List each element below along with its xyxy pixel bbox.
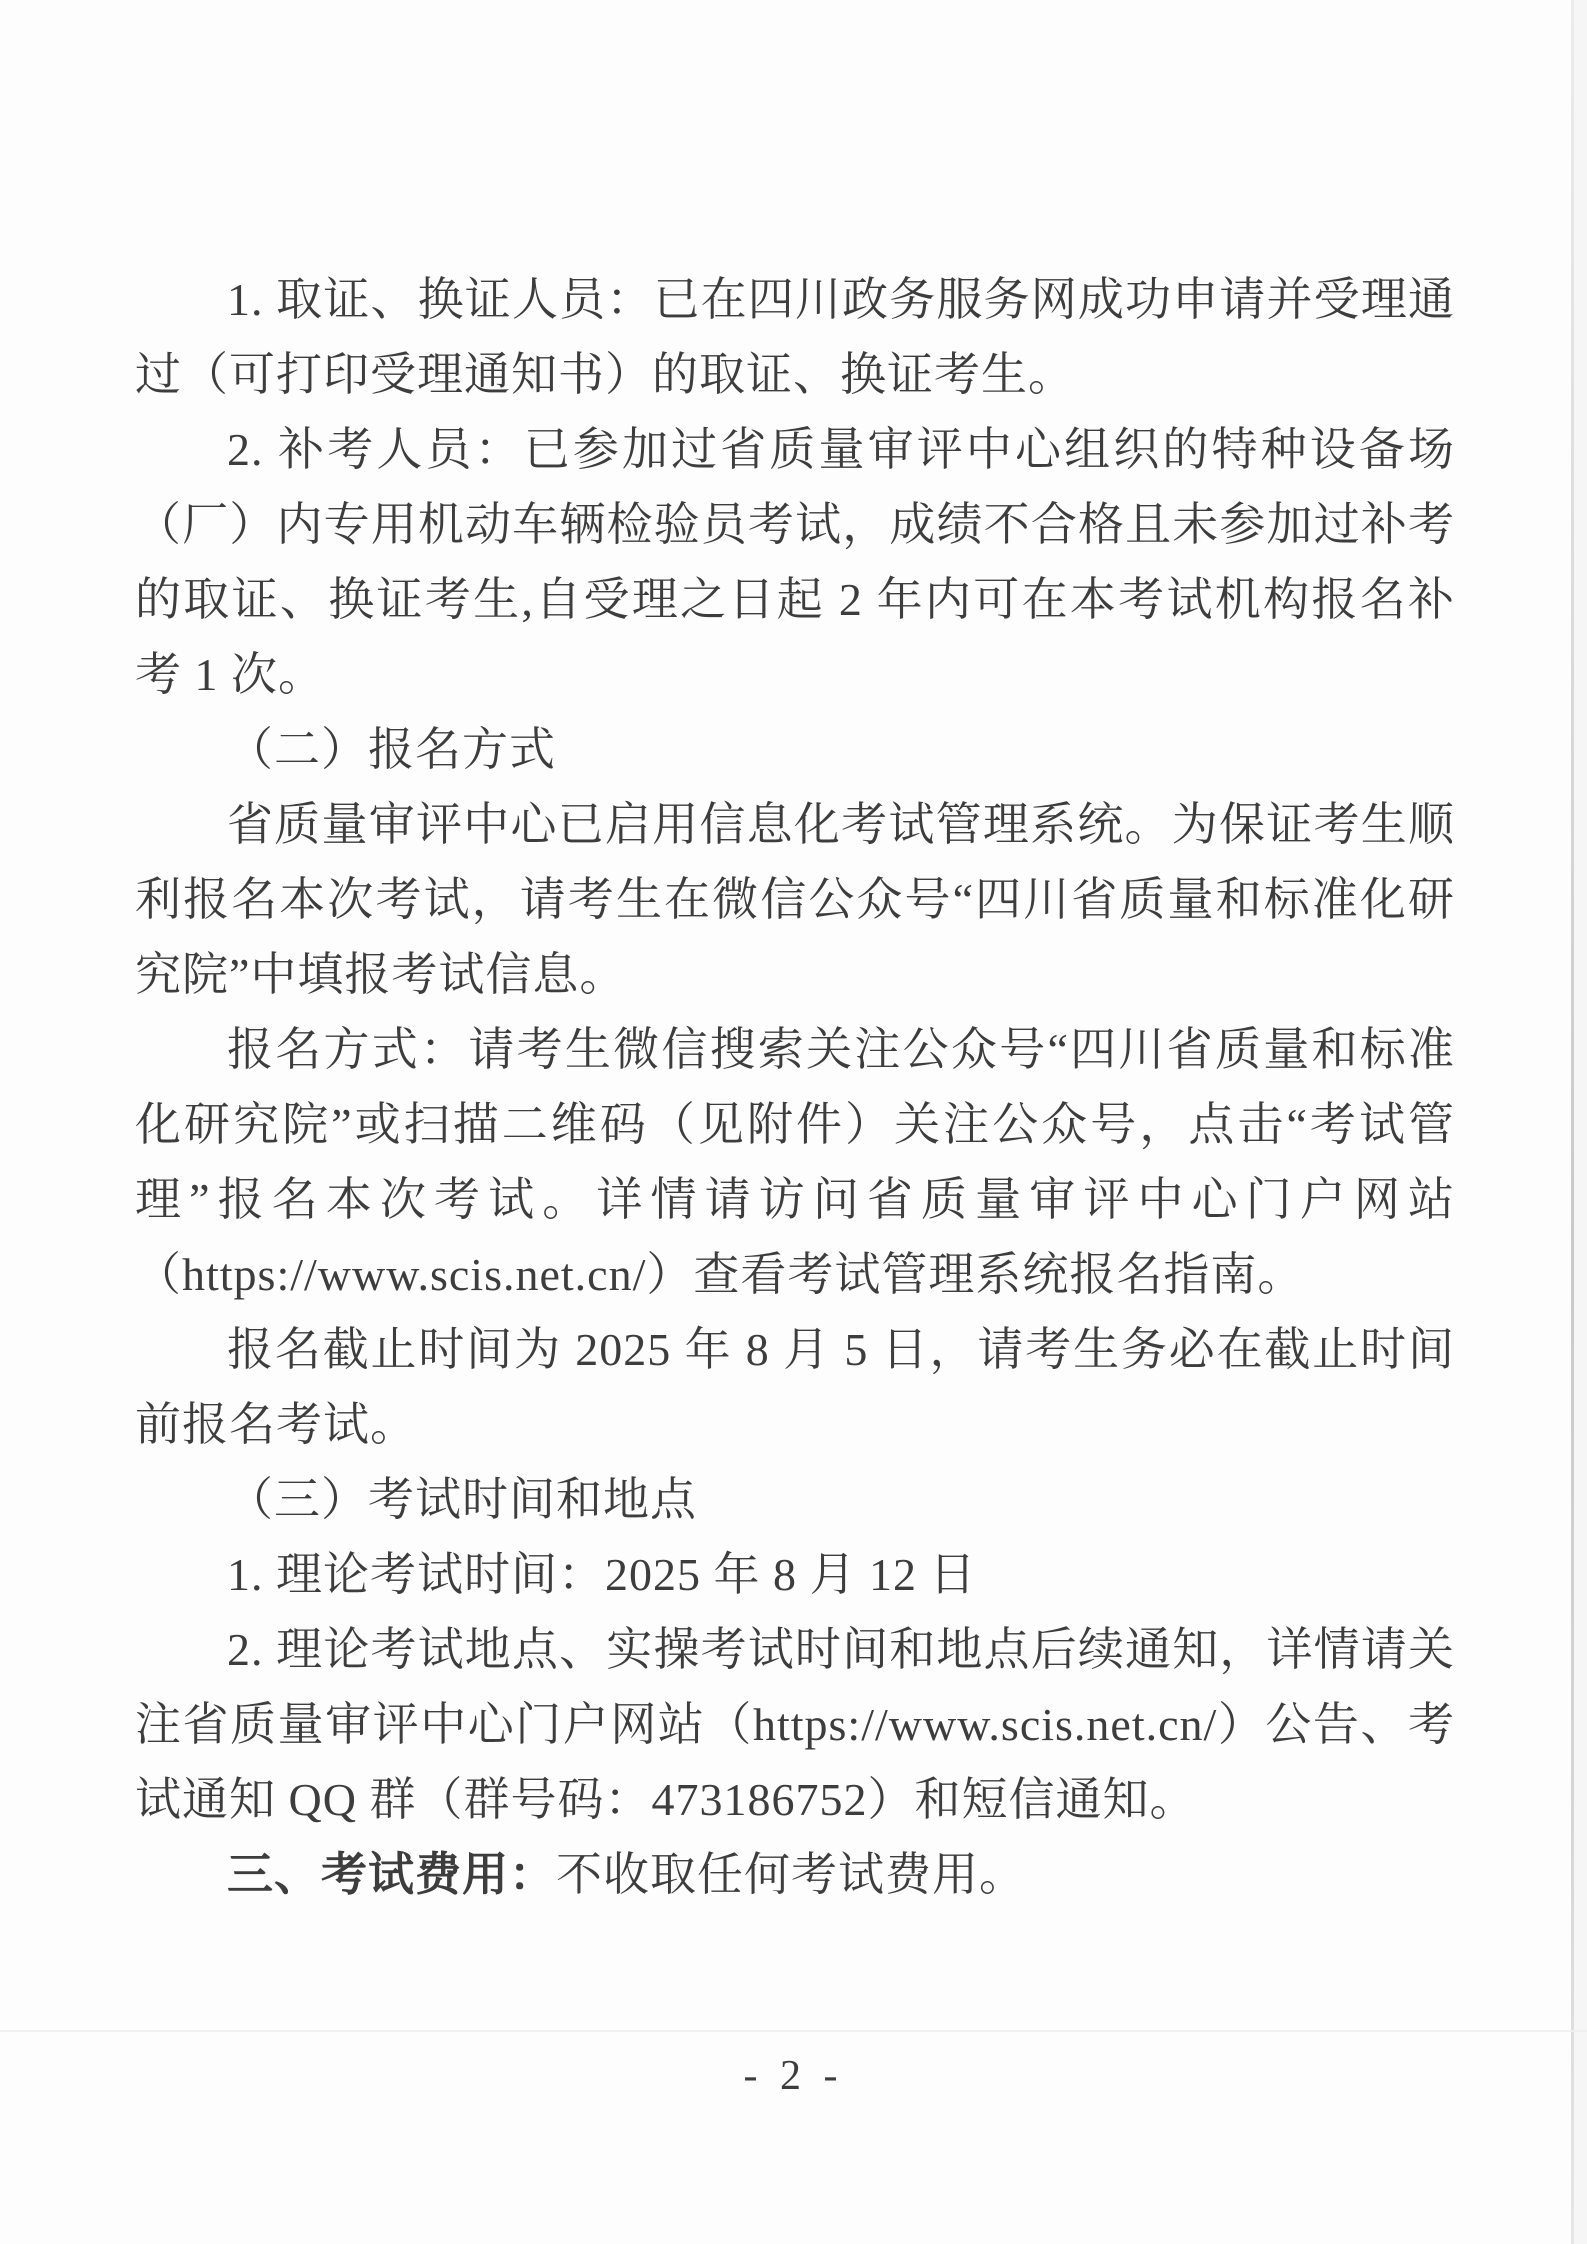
paragraph-exam-location-notice: 2. 理论考试地点、实操考试时间和地点后续通知，详情请关注省质量审评中心门户网站…	[135, 1612, 1455, 1837]
exam-fee-label: 三、考试费用：	[227, 1849, 556, 1900]
paragraph-exam-system-intro: 省质量审评中心已启用信息化考试管理系统。为保证考生顺利报名本次考试，请考生在微信…	[135, 787, 1455, 1012]
paragraph-applicants-certification: 1. 取证、换证人员：已在四川政务服务网成功申请并受理通过（可打印受理通知书）的…	[135, 262, 1455, 412]
scanned-document-page: 1. 取证、换证人员：已在四川政务服务网成功申请并受理通过（可打印受理通知书）的…	[0, 0, 1587, 2244]
paragraph-registration-deadline: 报名截止时间为 2025 年 8 月 5 日，请考生务必在截止时间前报名考试。	[135, 1312, 1455, 1462]
scan-edge-strip	[1574, 0, 1587, 2244]
subheading-exam-time-location: （三）考试时间和地点	[135, 1462, 1455, 1537]
scan-artifact-horizontal-line	[0, 2030, 1587, 2032]
paragraph-applicants-retake: 2. 补考人员：已参加过省质量审评中心组织的特种设备场（厂）内专用机动车辆检验员…	[135, 412, 1455, 712]
subheading-registration-method: （二）报名方式	[135, 712, 1455, 787]
page-number: - 2 -	[0, 2052, 1587, 2100]
exam-fee-text: 不收取任何考试费用。	[556, 1849, 1026, 1900]
document-body: 1. 取证、换证人员：已在四川政务服务网成功申请并受理通过（可打印受理通知书）的…	[135, 262, 1455, 1912]
paragraph-theory-exam-time: 1. 理论考试时间：2025 年 8 月 12 日	[135, 1537, 1455, 1612]
paragraph-registration-instructions: 报名方式：请考生微信搜索关注公众号“四川省质量和标准化研究院”或扫描二维码（见附…	[135, 1012, 1455, 1312]
paragraph-exam-fee: 三、考试费用：不收取任何考试费用。	[135, 1837, 1455, 1912]
scan-artifact-vertical-line	[1571, 0, 1574, 2244]
